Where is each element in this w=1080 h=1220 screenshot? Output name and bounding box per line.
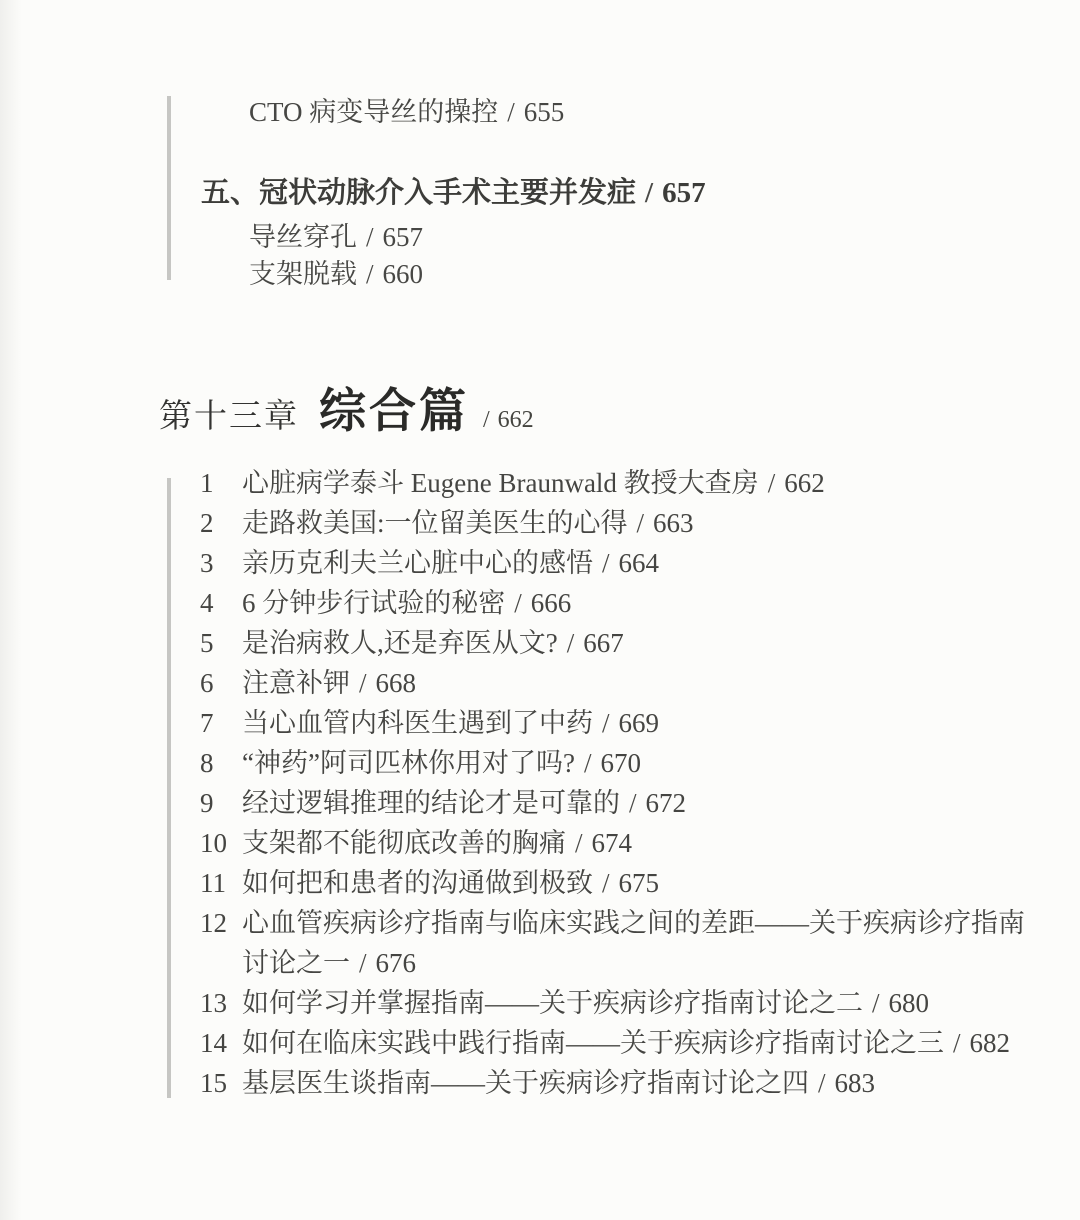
page-separator: / [507,97,515,127]
toc-entry: 8 “神药”阿司匹林你用对了吗?/670 [200,743,1044,783]
entry-title: 心脏病学泰斗 Eugene Braunwald 教授大查房 [242,468,759,498]
toc-entry: 15 基层医生谈指南——关于疾病诊疗指南讨论之四/683 [200,1063,1044,1103]
entry-text: 心脏病学泰斗 Eugene Braunwald 教授大查房/662 [242,463,1042,503]
page-number: 657 [662,177,706,209]
entry-number: 3 [200,543,242,583]
page-separator: / [637,508,645,538]
page-separator: / [567,628,575,658]
page-separator: / [359,948,367,978]
entry-page: 669 [619,708,660,738]
entry-title: 6 分钟步行试验的秘密 [242,588,505,618]
entry-page: 682 [970,1028,1011,1058]
entry-page: 672 [646,788,687,818]
subentry-title: 导丝穿孔 [249,222,357,252]
toc-entry: 10 支架都不能彻底改善的胸痛/674 [200,823,1044,863]
entry-number: 14 [200,1023,242,1063]
entry-text: 走路救美国:一位留美医生的心得/663 [242,503,1042,543]
toc-subentry-stent-dislodgement: 支架脱载/660 [249,259,423,289]
entry-number: 1 [200,463,242,503]
entry-page: 667 [583,628,624,658]
entry-number: 13 [200,983,242,1023]
toc-entry: 6 注意补钾/668 [200,663,1044,703]
toc-entry: 13 如何学习并掌握指南——关于疾病诊疗指南讨论之二/680 [200,983,1044,1023]
entry-number: 7 [200,703,242,743]
toc-list: 1 心脏病学泰斗 Eugene Braunwald 教授大查房/662 2 走路… [200,463,1044,1103]
chapter-title: 综合篇 [319,374,469,441]
page-number: 655 [524,97,565,127]
page-separator: / [366,222,374,252]
entry-text: 心血管疾病诊疗指南与临床实践之间的差距——关于疾病诊疗指南讨论之一/676 [242,903,1042,983]
toc-subentry-cto: CTO 病变导丝的操控/655 [249,97,564,127]
page-separator: / [768,468,776,498]
toc-subentry-wire-perforation: 导丝穿孔/657 [249,222,423,252]
entry-number: 5 [200,623,242,663]
scan-edge-shading [0,0,22,1220]
page-separator: / [483,407,490,434]
entry-title: 如何在临床实践中践行指南——关于疾病诊疗指南讨论之三 [242,1028,944,1058]
entry-title: 走路救美国:一位留美医生的心得 [242,508,628,538]
page-number: 660 [383,259,424,289]
toc-entry: 3 亲历克利夫兰心脏中心的感悟/664 [200,543,1044,583]
page-separator: / [602,868,610,898]
page-separator: / [602,548,610,578]
chapter-heading: 第十三章 综合篇 / 662 [159,374,534,441]
page-number: 657 [383,222,424,252]
entry-title: 是治病救人,还是弃医从文? [242,628,558,658]
left-margin-rule-list [167,478,171,1098]
chapter-page-number: 662 [498,407,534,434]
chapter-number-label: 第十三章 [159,390,299,437]
page-separator: / [584,748,592,778]
entry-page: 680 [889,988,930,1018]
toc-entry: 9 经过逻辑推理的结论才是可靠的/672 [200,783,1044,823]
entry-number: 4 [200,583,242,623]
toc-entry: 14 如何在临床实践中践行指南——关于疾病诊疗指南讨论之三/682 [200,1023,1044,1063]
entry-title: 支架都不能彻底改善的胸痛 [242,828,566,858]
entry-number: 6 [200,663,242,703]
entry-text: 支架都不能彻底改善的胸痛/674 [242,823,1042,863]
entry-text: 基层医生谈指南——关于疾病诊疗指南讨论之四/683 [242,1063,1042,1103]
page-separator: / [366,259,374,289]
entry-title: 基层医生谈指南——关于疾病诊疗指南讨论之四 [242,1068,809,1098]
entry-text: 经过逻辑推理的结论才是可靠的/672 [242,783,1042,823]
toc-entry: 4 6 分钟步行试验的秘密/666 [200,583,1044,623]
entry-number: 11 [200,863,242,903]
entry-title: 如何把和患者的沟通做到极致 [242,868,593,898]
entry-text: 亲历克利夫兰心脏中心的感悟/664 [242,543,1042,583]
subentry-title: 支架脱载 [249,259,357,289]
page-separator: / [872,988,880,1018]
toc-entry: 12 心血管疾病诊疗指南与临床实践之间的差距——关于疾病诊疗指南讨论之一/676 [200,903,1044,983]
entry-page: 670 [600,748,641,778]
toc-entry: 11 如何把和患者的沟通做到极致/675 [200,863,1044,903]
entry-text: “神药”阿司匹林你用对了吗?/670 [242,743,1042,783]
entry-page: 675 [619,868,660,898]
entry-page: 666 [531,588,572,618]
page-separator: / [629,788,637,818]
entry-title: 亲历克利夫兰心脏中心的感悟 [242,548,593,578]
entry-number: 12 [200,903,242,943]
entry-title: 如何学习并掌握指南——关于疾病诊疗指南讨论之二 [242,988,863,1018]
entry-page: 676 [376,948,417,978]
entry-text: 如何把和患者的沟通做到极致/675 [242,863,1042,903]
subentry-title: CTO 病变导丝的操控 [249,97,498,127]
toc-entry: 7 当心血管内科医生遇到了中药/669 [200,703,1044,743]
entry-title: 注意补钾 [242,668,350,698]
entry-page: 663 [653,508,694,538]
entry-title: “神药”阿司匹林你用对了吗? [242,748,575,778]
page-separator: / [953,1028,961,1058]
page-separator: / [602,708,610,738]
entry-page: 664 [619,548,660,578]
entry-page: 683 [835,1068,876,1098]
entry-number: 15 [200,1063,242,1103]
page-separator: / [514,588,522,618]
entry-text: 是治病救人,还是弃医从文?/667 [242,623,1042,663]
entry-text: 如何学习并掌握指南——关于疾病诊疗指南讨论之二/680 [242,983,1042,1023]
toc-section-heading-five: 五、冠状动脉介入手术主要并发症/657 [201,178,706,208]
entry-text: 注意补钾/668 [242,663,1042,703]
entry-text: 6 分钟步行试验的秘密/666 [242,583,1042,623]
entry-number: 2 [200,503,242,543]
left-margin-rule-top [167,96,171,280]
entry-number: 9 [200,783,242,823]
entry-text: 当心血管内科医生遇到了中药/669 [242,703,1042,743]
entry-text: 如何在临床实践中践行指南——关于疾病诊疗指南讨论之三/682 [242,1023,1042,1063]
toc-entry: 1 心脏病学泰斗 Eugene Braunwald 教授大查房/662 [200,463,1044,503]
entry-page: 674 [592,828,633,858]
toc-entry: 2 走路救美国:一位留美医生的心得/663 [200,503,1044,543]
page-separator: / [359,668,367,698]
entry-title: 经过逻辑推理的结论才是可靠的 [242,788,620,818]
toc-entry: 5 是治病救人,还是弃医从文?/667 [200,623,1044,663]
entry-page: 668 [376,668,417,698]
entry-number: 8 [200,743,242,783]
entry-number: 10 [200,823,242,863]
page-separator: / [818,1068,826,1098]
page-separator: / [645,177,653,209]
entry-page: 662 [784,468,825,498]
entry-title: 当心血管内科医生遇到了中药 [242,708,593,738]
page-separator: / [575,828,583,858]
section-title: 五、冠状动脉介入手术主要并发症 [201,177,636,209]
